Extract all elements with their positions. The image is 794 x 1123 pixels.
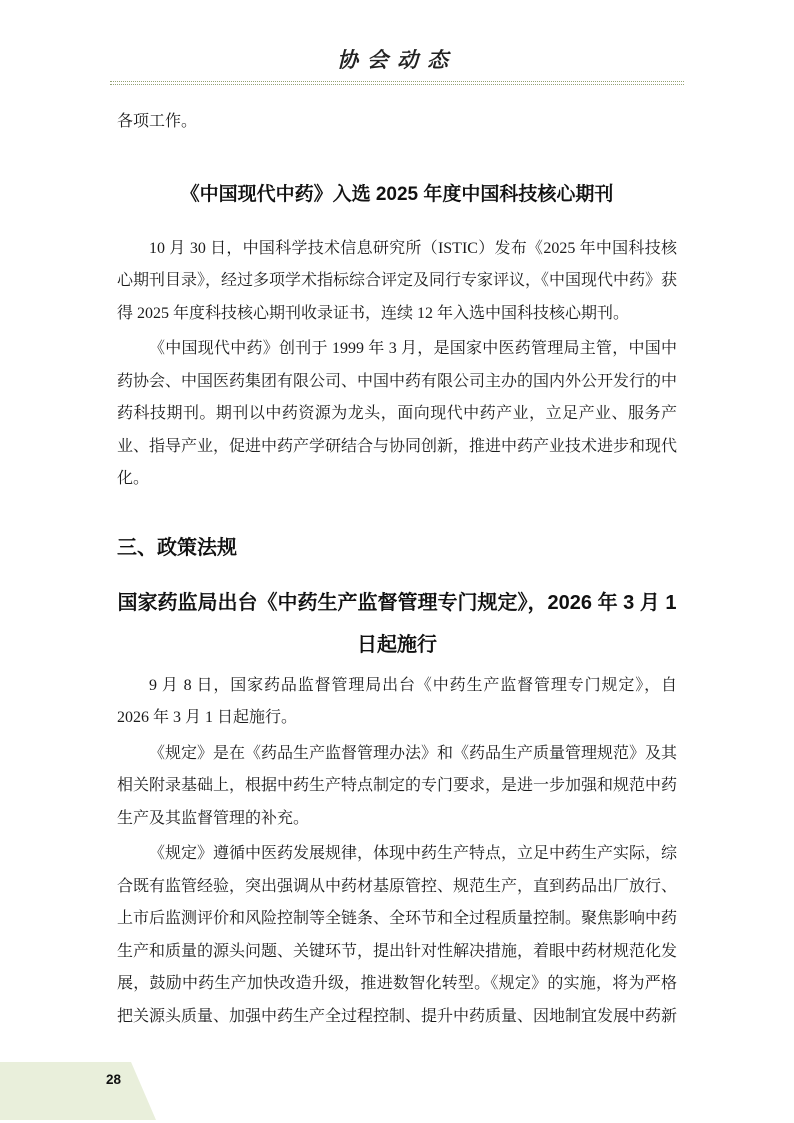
page-content: 各项工作。 《中国现代中药》入选 2025 年度中国科技核心期刊 10 月 30…: [117, 106, 677, 1033]
page-header: 协会动态: [0, 0, 794, 85]
article2-title: 国家药监局出台《中药生产监督管理专门规定》，2026 年 3 月 1 日起施行: [117, 582, 677, 666]
article1-paragraph-1: 10 月 30 日，中国科学技术信息研究所（ISTIC）发布《2025 年中国科…: [117, 233, 677, 331]
page-number: 28: [106, 1072, 121, 1087]
intro-paragraph: 各项工作。: [117, 106, 677, 139]
header-divider: [110, 81, 684, 85]
article1-paragraph-2: 《中国现代中药》创刊于 1999 年 3 月，是国家中医药管理局主管，中国中药协…: [117, 333, 677, 496]
section-heading-policy: 三、政策法规: [117, 534, 677, 562]
article2-paragraph-2: 《规定》是在《药品生产监督管理办法》和《药品生产质量管理规范》及其相关附录基础上…: [117, 738, 677, 836]
article1-title: 《中国现代中药》入选 2025 年度中国科技核心期刊: [117, 181, 677, 209]
page-header-title: 协会动态: [0, 44, 794, 74]
article2-paragraph-3: 《规定》遵循中医药发展规律，体现中药生产特点，立足中药生产实际，综合既有监管经验…: [117, 838, 677, 1033]
page-number-tab: 28: [0, 1062, 156, 1120]
article2-paragraph-1: 9 月 8 日，国家药品监督管理局出台《中药生产监督管理专门规定》，自 2026…: [117, 670, 677, 735]
document-page: 协会动态 各项工作。 《中国现代中药》入选 2025 年度中国科技核心期刊 10…: [0, 0, 794, 1123]
